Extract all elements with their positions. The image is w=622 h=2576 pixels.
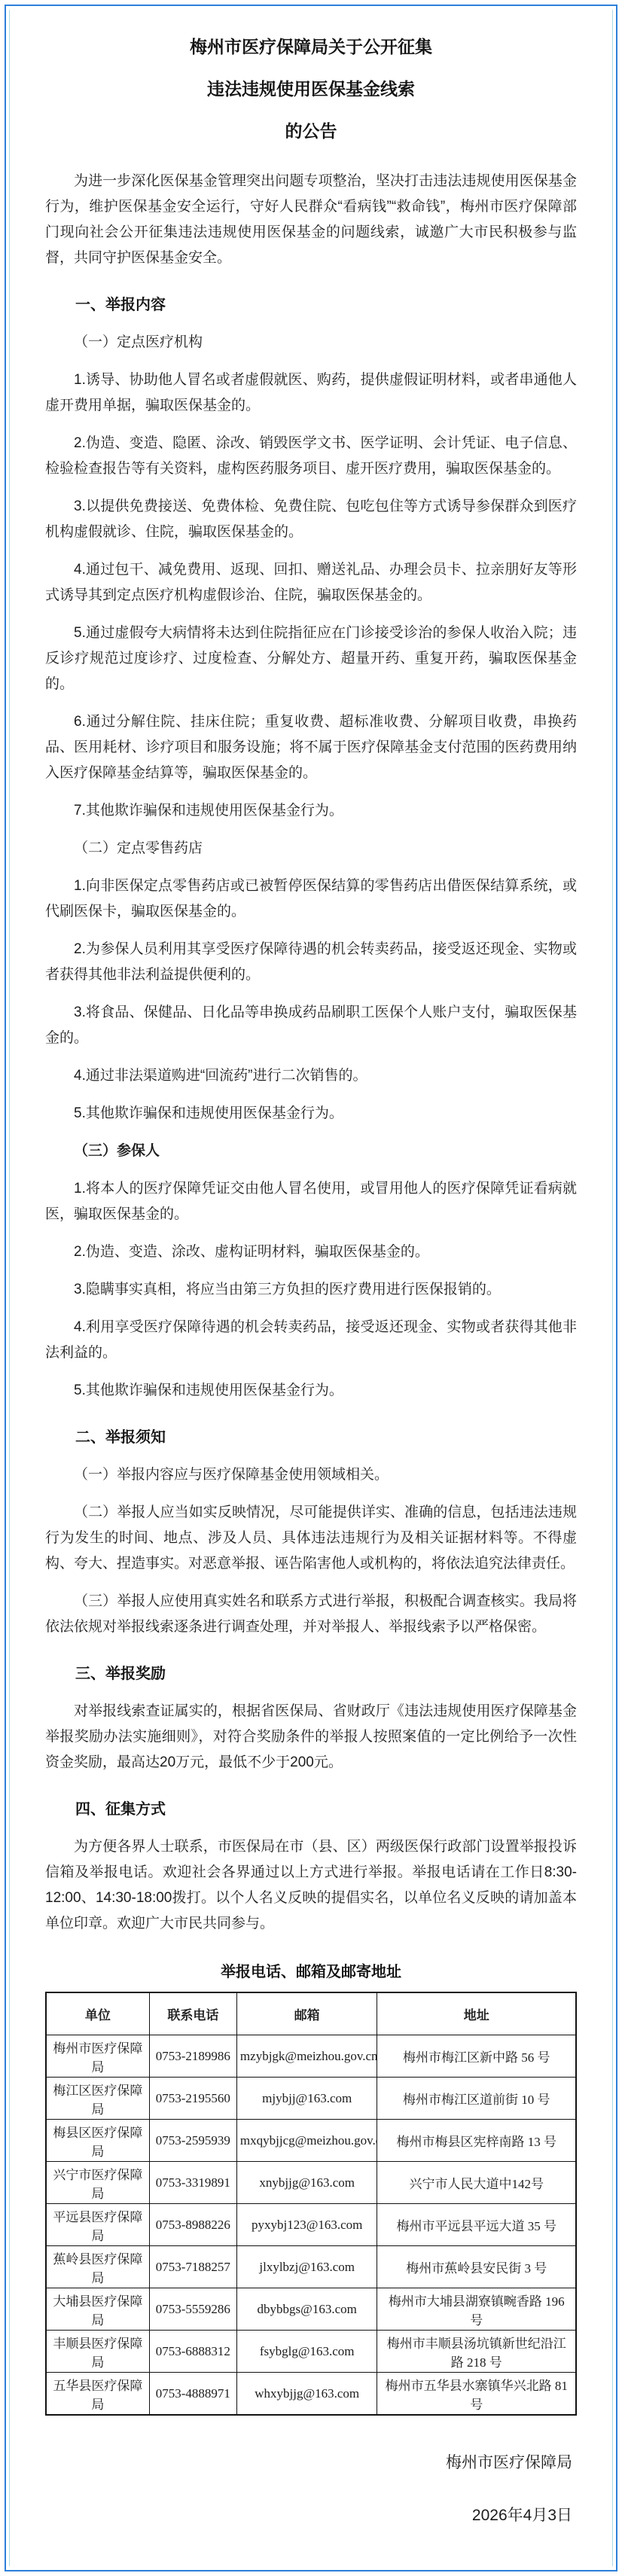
table-header-phone: 联系电话 xyxy=(149,1992,236,2035)
section-2-heading: 二、举报须知 xyxy=(45,1425,577,1450)
unit-cell: 蕉岭县医疗保障局 xyxy=(46,2246,149,2288)
table-row: 梅县区医疗保障局 0753-2595939 mxqybjjcg@meizhou.… xyxy=(46,2120,576,2162)
address-cell: 梅州市丰顺县汤坑镇新世纪沿江路 218 号 xyxy=(377,2331,576,2373)
email-cell: pyxybj123@163.com xyxy=(236,2204,377,2246)
table-row: 丰顺县医疗保障局 0753-6888312 fsybglg@163.com 梅州… xyxy=(46,2331,576,2373)
table-row: 大埔县医疗保障局 0753-5559286 dbybbgs@163.com 梅州… xyxy=(46,2288,576,2331)
report-item: 2.为参保人员利用其享受医疗保障待遇的机会转卖药品，接受返还现金、实物或者获得其… xyxy=(45,937,577,988)
table-header-address: 地址 xyxy=(377,1992,576,2035)
issue-date: 2026年4月3日 xyxy=(45,2503,572,2529)
address-cell: 梅州市蕉岭县安民街 3 号 xyxy=(377,2246,576,2288)
notice-item: （三）举报人应使用真实姓名和联系方式进行举报，积极配合调查核实。我局将依法依规对… xyxy=(45,1589,577,1640)
email-cell: whxybjjg@163.com xyxy=(236,2373,377,2416)
phone-cell: 0753-3319891 xyxy=(149,2162,236,2204)
unit-cell: 五华县医疗保障局 xyxy=(46,2373,149,2416)
report-item: 5.其他欺诈骗保和违规使用医保基金行为。 xyxy=(45,1378,577,1404)
subsection-1-1-heading: （一）定点医疗机构 xyxy=(45,330,577,355)
report-item: 3.以提供免费接送、免费体检、免费住院、包吃包住等方式诱导参保群众到医疗机构虚假… xyxy=(45,494,577,545)
intro-paragraph: 为进一步深化医保基金管理突出问题专项整治，坚决打击违法违规使用医保基金行为，维护… xyxy=(45,169,577,271)
report-item: 2.伪造、变造、涂改、虚构证明材料，骗取医保基金的。 xyxy=(45,1239,577,1265)
email-cell: mzybjgk@meizhou.gov.cn xyxy=(236,2035,377,2078)
report-item: 7.其他欺诈骗保和违规使用医保基金行为。 xyxy=(45,798,577,824)
unit-cell: 大埔县医疗保障局 xyxy=(46,2288,149,2331)
phone-cell: 0753-6888312 xyxy=(149,2331,236,2373)
unit-cell: 梅江区医疗保障局 xyxy=(46,2078,149,2120)
table-row: 平远县医疗保障局 0753-8988226 pyxybj123@163.com … xyxy=(46,2204,576,2246)
report-item: 4.通过包干、减免费用、返现、回扣、赠送礼品、办理会员卡、拉亲朋好友等形式诱导其… xyxy=(45,557,577,608)
address-cell: 梅州市平远县平远大道 35 号 xyxy=(377,2204,576,2246)
unit-cell: 平远县医疗保障局 xyxy=(46,2204,149,2246)
email-cell: fsybglg@163.com xyxy=(236,2331,377,2373)
email-cell: mxqybjjcg@meizhou.gov.cn xyxy=(236,2120,377,2162)
unit-cell: 梅县区医疗保障局 xyxy=(46,2120,149,2162)
phone-cell: 0753-2195560 xyxy=(149,2078,236,2120)
contact-table-title: 举报电话、邮箱及邮寄地址 xyxy=(45,1959,577,1981)
report-item: 4.通过非法渠道购进“回流药”进行二次销售的。 xyxy=(45,1063,577,1089)
report-item: 3.隐瞒事实真相，将应当由第三方负担的医疗费用进行医保报销的。 xyxy=(45,1277,577,1303)
report-item: 5.通过虚假夸大病情将未达到住院指征应在门诊接受诊治的参保人收治入院；违反诊疗规… xyxy=(45,620,577,697)
report-item: 6.通过分解住院、挂床住院；重复收费、超标准收费、分解项目收费，串换药品、医用耗… xyxy=(45,709,577,786)
phone-cell: 0753-5559286 xyxy=(149,2288,236,2331)
section-4-heading: 四、征集方式 xyxy=(45,1797,577,1822)
phone-cell: 0753-2189986 xyxy=(149,2035,236,2078)
page-title: 梅州市医疗保障局关于公开征集 违法违规使用医保基金线索 的公告 xyxy=(45,26,577,152)
collection-method-paragraph: 为方便各界人士联系，市医保局在市（县、区）两级医保行政部门设置举报投诉信箱及举报… xyxy=(45,1834,577,1937)
report-item: 5.其他欺诈骗保和违规使用医保基金行为。 xyxy=(45,1101,577,1126)
section-3-heading: 三、举报奖励 xyxy=(45,1661,577,1687)
unit-cell: 梅州市医疗保障局 xyxy=(46,2035,149,2078)
section-1-heading: 一、举报内容 xyxy=(45,292,577,318)
email-cell: xnybjjg@163.com xyxy=(236,2162,377,2204)
document-content: 梅州市医疗保障局关于公开征集 违法违规使用医保基金线索 的公告 为进一步深化医保… xyxy=(6,6,616,2570)
report-item: 1.向非医保定点零售药店或已被暂停医保结算的零售药店出借医保结算系统，或代刷医保… xyxy=(45,873,577,925)
phone-cell: 0753-2595939 xyxy=(149,2120,236,2162)
issuing-authority: 梅州市医疗保障局 xyxy=(45,2450,572,2476)
reward-paragraph: 对举报线索查证属实的，根据省医保局、省财政厅《违法违规使用医疗保障基金举报奖励办… xyxy=(45,1699,577,1776)
subsection-1-2-heading: （二）定点零售药店 xyxy=(45,836,577,861)
table-row: 梅江区医疗保障局 0753-2195560 mjybjj@163.com 梅州市… xyxy=(46,2078,576,2120)
unit-cell: 兴宁市医疗保障局 xyxy=(46,2162,149,2204)
report-item: 1.诱导、协助他人冒名或者虚假就医、购药，提供虚假证明材料，或者串通他人虚开费用… xyxy=(45,367,577,419)
report-item: 1.将本人的医疗保障凭证交由他人冒名使用，或冒用他人的医疗保障凭证看病就医，骗取… xyxy=(45,1176,577,1227)
title-line-1: 梅州市医疗保障局关于公开征集 xyxy=(45,26,577,68)
phone-cell: 0753-8988226 xyxy=(149,2204,236,2246)
table-header-email: 邮箱 xyxy=(236,1992,377,2035)
unit-cell: 丰顺县医疗保障局 xyxy=(46,2331,149,2373)
phone-cell: 0753-4888971 xyxy=(149,2373,236,2416)
address-cell: 梅州市五华县水寨镇华兴北路 81 号 xyxy=(377,2373,576,2416)
report-item: 3.将食品、保健品、日化品等串换成药品刷职工医保个人账户支付，骗取医保基金的。 xyxy=(45,1000,577,1051)
title-line-2: 违法违规使用医保基金线索 xyxy=(45,68,577,110)
address-cell: 梅州市梅江区新中路 56 号 xyxy=(377,2035,576,2078)
report-item: 4.利用享受医疗保障待遇的机会转卖药品，接受返还现金、实物或者获得其他非法利益的… xyxy=(45,1315,577,1366)
address-cell: 梅州市大埔县湖寮镇畹香路 196 号 xyxy=(377,2288,576,2331)
notice-item: （一）举报内容应与医疗保障基金使用领域相关。 xyxy=(45,1462,577,1488)
report-item: 2.伪造、变造、隐匿、涂改、销毁医学文书、医学证明、会计凭证、电子信息、检验检查… xyxy=(45,431,577,482)
subsection-1-3-heading: （三）参保人 xyxy=(45,1139,577,1164)
address-cell: 兴宁市人民大道中142号 xyxy=(377,2162,576,2204)
table-header-row: 单位 联系电话 邮箱 地址 xyxy=(46,1992,576,2035)
contact-table: 单位 联系电话 邮箱 地址 梅州市医疗保障局 0753-2189986 mzyb… xyxy=(45,1992,577,2416)
address-cell: 梅州市梅县区宪梓南路 13 号 xyxy=(377,2120,576,2162)
email-cell: jlxylbzj@163.com xyxy=(236,2246,377,2288)
email-cell: mjybjj@163.com xyxy=(236,2078,377,2120)
table-header-unit: 单位 xyxy=(46,1992,149,2035)
email-cell: dbybbgs@163.com xyxy=(236,2288,377,2331)
signature-block: 梅州市医疗保障局 2026年4月3日 xyxy=(45,2450,577,2529)
document-frame: 梅州市医疗保障局关于公开征集 违法违规使用医保基金线索 的公告 为进一步深化医保… xyxy=(5,5,617,2571)
table-row: 五华县医疗保障局 0753-4888971 whxybjjg@163.com 梅… xyxy=(46,2373,576,2416)
phone-cell: 0753-7188257 xyxy=(149,2246,236,2288)
table-row: 梅州市医疗保障局 0753-2189986 mzybjgk@meizhou.go… xyxy=(46,2035,576,2078)
title-line-3: 的公告 xyxy=(45,110,577,152)
table-row: 蕉岭县医疗保障局 0753-7188257 jlxylbzj@163.com 梅… xyxy=(46,2246,576,2288)
notice-item: （二）举报人应当如实反映情况，尽可能提供详实、准确的信息，包括违法违规行为发生的… xyxy=(45,1500,577,1577)
address-cell: 梅州市梅江区道前街 10 号 xyxy=(377,2078,576,2120)
table-row: 兴宁市医疗保障局 0753-3319891 xnybjjg@163.com 兴宁… xyxy=(46,2162,576,2204)
